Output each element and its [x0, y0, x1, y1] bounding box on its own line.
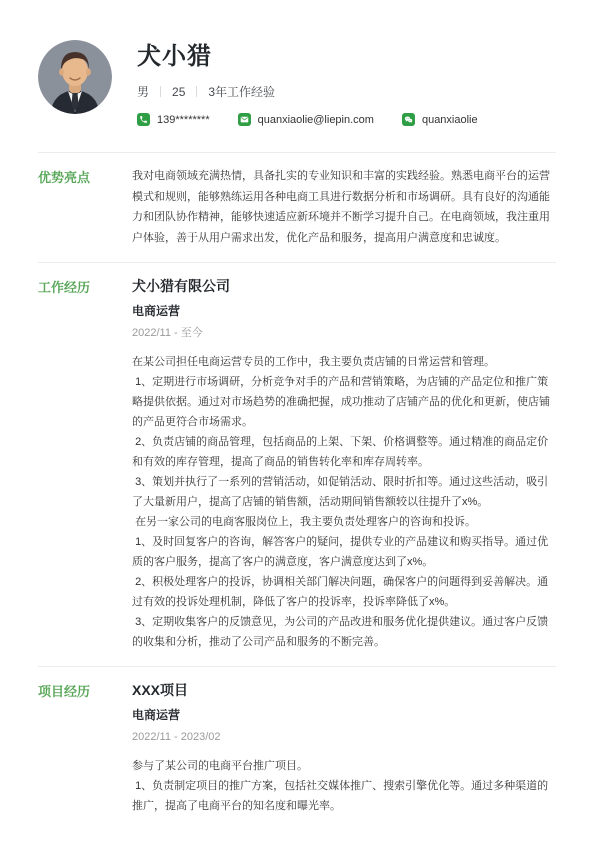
section-content-project-experience: XXX项目 电商运营 2022/11 - 2023/02 参与了某公司的电商平台… [132, 680, 556, 816]
avatar-photo-illustration [38, 40, 112, 114]
meta-age: 25 [172, 85, 185, 99]
wechat-id: quanxiaolie [422, 114, 478, 126]
resume-page: 犬小猎 男 25 3年工作经验 139******** [0, 0, 594, 841]
contact-phone: 139******** [137, 113, 210, 126]
project-name: XXX项目 [132, 680, 556, 700]
work-company-name: 犬小猎有限公司 [132, 276, 556, 296]
candidate-name: 犬小猎 [137, 42, 478, 72]
strengths-summary: 我对电商领域充满热情，具备扎实的专业知识和丰富的实践经验。熟悉电商平台的运营模式… [132, 166, 556, 248]
email-address: quanxiaolie@liepin.com [258, 114, 374, 126]
avatar [38, 40, 112, 114]
work-description-line: 1、定期进行市场调研，分析竞争对手的产品和营销策略，为店铺的产品定位和推广策略提… [132, 372, 556, 432]
work-description-line: 2、积极处理客户的投诉，协调相关部门解决问题，确保客户的问题得到妥善解决。通过有… [132, 572, 556, 612]
email-icon [238, 113, 251, 126]
meta-experience: 3年工作经验 [208, 83, 275, 100]
project-role-title: 电商运营 [132, 707, 556, 724]
section-label-strengths: 优势亮点 [38, 166, 132, 248]
work-description-line: 在某公司担任电商运营专员的工作中，我主要负责店铺的日常运营和管理。 [132, 352, 556, 372]
work-date-range: 2022/11 - 至今 [132, 325, 556, 341]
section-strengths: 优势亮点 我对电商领域充满热情，具备扎实的专业知识和丰富的实践经验。熟悉电商平台… [38, 152, 556, 262]
wechat-icon [402, 113, 415, 126]
section-work-experience: 工作经历 犬小猎有限公司 电商运营 2022/11 - 至今 在某公司担任电商运… [38, 262, 556, 666]
contact-row: 139******** quanxiaolie@liepin.com [137, 113, 478, 126]
resume-header: 犬小猎 男 25 3年工作经验 139******** [0, 0, 594, 126]
contact-wechat: quanxiaolie [402, 113, 478, 126]
work-description-line: 在另一家公司的电商客服岗位上，我主要负责处理客户的咨询和投诉。 [132, 512, 556, 532]
section-label-work-experience: 工作经历 [38, 276, 132, 652]
work-description-line: 3、策划并执行了一系列的营销活动，如促销活动、限时折扣等。通过这些活动，吸引了大… [132, 472, 556, 512]
phone-icon [137, 113, 150, 126]
section-content-work-experience: 犬小猎有限公司 电商运营 2022/11 - 至今 在某公司担任电商运营专员的工… [132, 276, 556, 652]
resume-sections: 优势亮点 我对电商领域充满热情，具备扎实的专业知识和丰富的实践经验。熟悉电商平台… [38, 152, 556, 830]
project-date-range: 2022/11 - 2023/02 [132, 729, 556, 745]
project-description-line: 参与了某公司的电商平台推广项目。 [132, 756, 556, 776]
phone-number: 139******** [157, 114, 210, 126]
meta-divider [196, 86, 197, 97]
project-description: 参与了某公司的电商平台推广项目。 1、负责制定项目的推广方案，包括社交媒体推广、… [132, 756, 556, 816]
work-description-line: 1、及时回复客户的咨询，解答客户的疑问，提供专业的产品建议和购买指导。通过优质的… [132, 532, 556, 572]
meta-gender: 男 [137, 83, 149, 100]
section-project-experience: 项目经历 XXX项目 电商运营 2022/11 - 2023/02 参与了某公司… [38, 666, 556, 830]
work-description-line: 2、负责店铺的商品管理，包括商品的上架、下架、价格调整等。通过精准的商品定价和有… [132, 432, 556, 472]
work-description-line: 3、定期收集客户的反馈意见，为公司的产品改进和服务优化提供建议。通过客户反馈的收… [132, 612, 556, 652]
header-info: 犬小猎 男 25 3年工作经验 139******** [137, 40, 478, 126]
contact-email: quanxiaolie@liepin.com [238, 113, 374, 126]
work-position-title: 电商运营 [132, 303, 556, 320]
project-description-line: 1、负责制定项目的推广方案，包括社交媒体推广、搜索引擎优化等。通过多种渠道的推广… [132, 776, 556, 816]
meta-divider [160, 86, 161, 97]
section-content-strengths: 我对电商领域充满热情，具备扎实的专业知识和丰富的实践经验。熟悉电商平台的运营模式… [132, 166, 556, 248]
work-description: 在某公司担任电商运营专员的工作中，我主要负责店铺的日常运营和管理。 1、定期进行… [132, 352, 556, 652]
candidate-meta: 男 25 3年工作经验 [137, 83, 478, 100]
section-label-project-experience: 项目经历 [38, 680, 132, 816]
